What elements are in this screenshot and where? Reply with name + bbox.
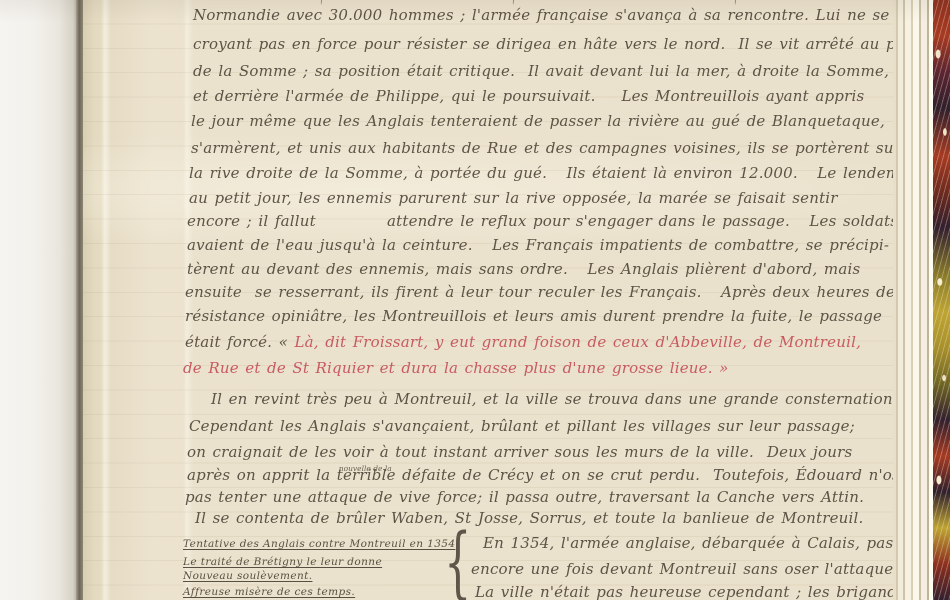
manuscript-line: Normandie avec 30.000 hommes ; l'armée f… <box>193 8 889 23</box>
quote-red-text: Là, dit Froissart, y eut grand foison de… <box>294 333 861 351</box>
manuscript-line: on craignait de les voir à tout instant … <box>187 445 852 460</box>
cut-off-line-descender <box>734 0 739 5</box>
manuscript-line: Il en revint très peu à Montreuil, et la… <box>211 392 898 407</box>
manuscript-line: La ville n'était pas heureuse cependant … <box>475 585 933 600</box>
manuscript-line: encore ; il fallut attendre le reflux po… <box>187 214 898 229</box>
crecy-pre: après on apprit la <box>187 466 337 484</box>
manuscript-line: la rive droite de la Somme, à portée du … <box>189 166 924 181</box>
manuscript-line: Cependant les Anglais s'avançaient, brûl… <box>189 419 855 434</box>
manuscript-line: croyant pas en force pour résister se di… <box>193 37 949 52</box>
marbled-cover <box>933 0 950 600</box>
manuscript-line: avaient de l'eau jusqu'à la ceinture. Le… <box>187 238 889 253</box>
book-gutter-shadow <box>76 0 83 600</box>
manuscript-line: au petit jour, les ennemis parurent sur … <box>189 191 838 206</box>
manuscript-line: pas tenter une attaque de vive force; il… <box>185 490 864 505</box>
page-edges <box>893 0 933 600</box>
margin-note: Nouveau soulèvement. <box>183 570 312 582</box>
manuscript-line: tèrent au devant des ennemis, mais sans … <box>187 262 860 277</box>
manuscript-line: Il se contenta de brûler Waben, St Josse… <box>195 511 863 526</box>
section-brace: { <box>444 524 471 600</box>
froissart-quote-line: de Rue et de St Riquier et dura la chass… <box>183 361 729 376</box>
manuscript-line: résistance opiniâtre, les Montreuillois … <box>185 309 882 324</box>
margin-note: Affreuse misère de ces temps. <box>183 586 355 598</box>
manuscript-line: de la Somme ; sa position était critique… <box>193 64 889 79</box>
manuscript-line: encore une fois devant Montreuil sans os… <box>471 562 904 577</box>
cut-off-line-descender <box>512 0 517 5</box>
manuscript-line: et derrière l'armée de Philippe, qui le … <box>193 89 864 104</box>
quote-intro: était forcé. « <box>185 333 294 351</box>
manuscript-page: Normandie avec 30.000 hommes ; l'armée f… <box>83 0 893 600</box>
manuscript-photo: Normandie avec 30.000 hommes ; l'armée f… <box>0 0 950 600</box>
cut-off-line-descender <box>320 0 325 5</box>
manuscript-line: En 1354, l'armée anglaise, débarquée à C… <box>483 536 910 551</box>
margin-note: Le traité de Brétigny le leur donne <box>183 556 382 568</box>
margin-note: Tentative des Anglais contre Montreuil e… <box>183 538 455 550</box>
froissart-quote-line: était forcé. « Là, dit Froissart, y eut … <box>185 335 861 350</box>
facing-page <box>0 0 76 600</box>
manuscript-line: après on apprit la nouvelle de laterribl… <box>187 468 909 483</box>
crecy-post: terrible défaite de Crécy et on se crut … <box>337 466 909 484</box>
manuscript-line: s'armèrent, et unis aux habitants de Rue… <box>191 141 901 156</box>
manuscript-line: le jour même que les Anglais tenteraient… <box>191 114 885 129</box>
manuscript-line: ensuite se resserrant, ils firent à leur… <box>185 285 895 300</box>
